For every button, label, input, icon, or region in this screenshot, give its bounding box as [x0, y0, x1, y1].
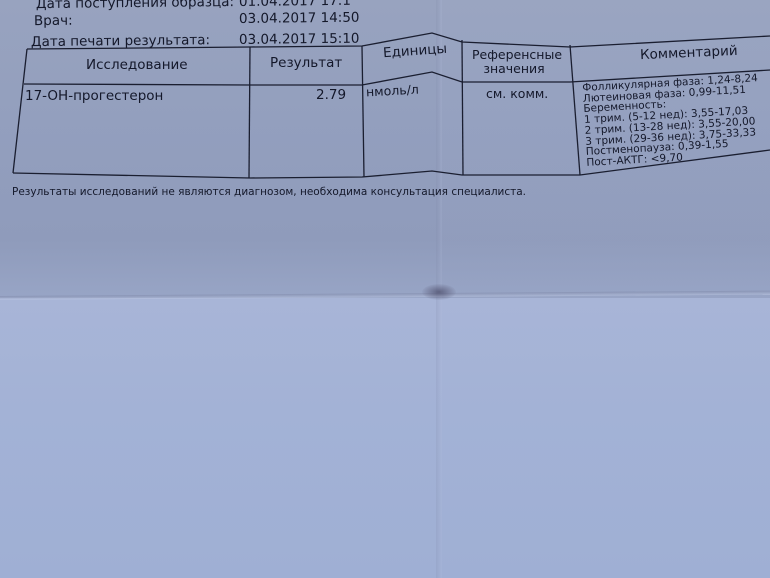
header-reference-line2: значения — [472, 62, 556, 76]
row-test-name: 17-OH-прогестерон — [25, 88, 163, 104]
fold-intersection-mark — [422, 284, 456, 300]
row-comment: Фолликулярная фаза: 1,24-8,24 Лютеиновая… — [582, 73, 762, 168]
header-reference: Референсные значения — [472, 48, 556, 76]
row-reference: см. комм. — [486, 86, 548, 101]
row-units: нмоль/л — [366, 82, 420, 100]
header-test: Исследование — [86, 57, 188, 73]
disclaimer-text: Результаты исследований не являются диаг… — [12, 186, 526, 198]
header-reference-line1: Референсные — [472, 48, 556, 62]
header-result: Результат — [270, 55, 342, 71]
paper-lower-half — [0, 298, 770, 578]
row-result-value: 2.79 — [316, 87, 346, 103]
